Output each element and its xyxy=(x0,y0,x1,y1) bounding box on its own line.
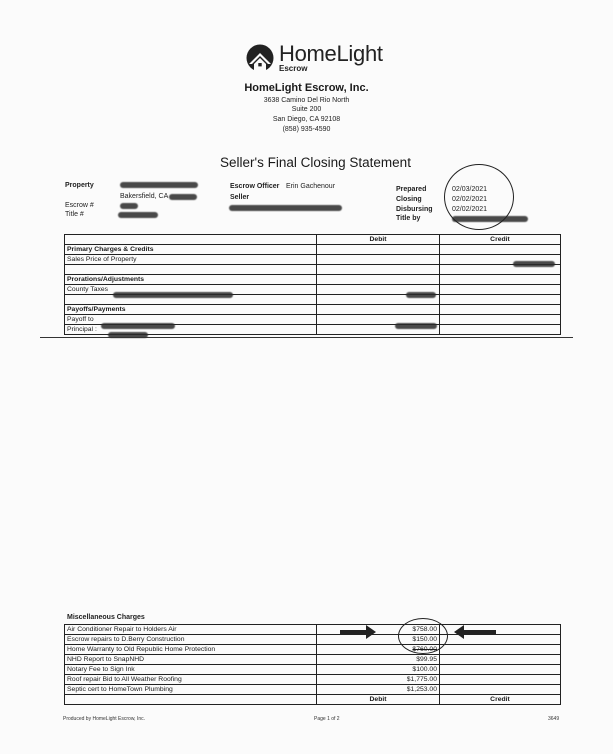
debit-header: Debit xyxy=(317,235,440,245)
footer-blank xyxy=(65,695,317,705)
charge-description: Escrow repairs to D.Berry Construction xyxy=(65,635,317,645)
produced-by: Produced by HomeLight Escrow, Inc. xyxy=(63,716,145,722)
charge-description: Roof repair Bid to All Weather Roofing xyxy=(65,675,317,685)
table-row: Primary Charges & Credits xyxy=(65,245,561,255)
charge-credit xyxy=(440,675,561,685)
table-row: Payoffs/Payments xyxy=(65,305,561,315)
table-row: Home Warranty to Old Republic Home Prote… xyxy=(65,645,561,655)
redacted-title-number xyxy=(118,212,158,218)
property-label: Property xyxy=(65,182,94,189)
debit-cell xyxy=(317,255,440,265)
charge-credit xyxy=(440,665,561,675)
charge-debit: $100.00 xyxy=(317,665,440,675)
charge-debit: $1,775.00 xyxy=(317,675,440,685)
section-heading: Payoffs/Payments xyxy=(65,305,317,315)
escrow-officer-name: Erin Gachenour xyxy=(286,183,335,190)
logo-subtitle: Escrow xyxy=(279,64,307,73)
credit-cell xyxy=(440,315,561,325)
redacted-payoff-lender xyxy=(101,323,175,329)
charge-debit: $99.95 xyxy=(317,655,440,665)
hand-drawn-circle-amounts xyxy=(398,618,448,654)
table-footer-row: DebitCredit xyxy=(65,695,561,705)
address-line-1: 3638 Camino Del Rio North xyxy=(0,97,613,104)
section-heading: Prorations/Adjustments xyxy=(65,275,317,285)
redacted-property-address xyxy=(120,182,198,188)
credit-cell xyxy=(440,295,561,305)
credit-cell xyxy=(440,285,561,295)
redacted-county-taxes-amount xyxy=(406,292,436,298)
charge-debit: $1,253.00 xyxy=(317,685,440,695)
prepared-label: Prepared xyxy=(396,186,426,193)
title-by-label: Title by xyxy=(396,215,420,222)
page-fold-line xyxy=(40,337,573,338)
house-logo-icon xyxy=(246,44,274,72)
table-row: Septic cert to HomeTown Plumbing$1,253.0… xyxy=(65,685,561,695)
credit-cell xyxy=(440,275,561,285)
credit-footer: Credit xyxy=(440,695,561,705)
charge-description: Air Conditioner Repair to Holders Air xyxy=(65,625,317,635)
document-title: Seller's Final Closing Statement xyxy=(0,155,613,170)
table-row: Escrow repairs to D.Berry Construction$1… xyxy=(65,635,561,645)
table-row: Sales Price of Property xyxy=(65,255,561,265)
debit-cell xyxy=(317,245,440,255)
address-line-2: Suite 200 xyxy=(0,106,613,113)
charges-table: Debit Credit Primary Charges & CreditsSa… xyxy=(64,234,561,335)
debit-cell xyxy=(317,265,440,275)
phone-number: (858) 935-4590 xyxy=(0,126,613,133)
description-header xyxy=(65,235,317,245)
table-row: NHD Report to SnapNHD$99.95 xyxy=(65,655,561,665)
credit-cell xyxy=(440,305,561,315)
redacted-sales-price xyxy=(513,261,555,267)
charge-description: Notary Fee to Sign Ink xyxy=(65,665,317,675)
charge-credit xyxy=(440,645,561,655)
misc-charges-heading: Miscellaneous Charges xyxy=(67,614,145,621)
credit-cell xyxy=(440,245,561,255)
arrow-head-right-icon xyxy=(366,625,376,639)
row-label: Sales Price of Property xyxy=(65,255,317,265)
redacted-seller-names xyxy=(229,205,342,211)
debit-footer: Debit xyxy=(317,695,440,705)
table-row: Roof repair Bid to All Weather Roofing$1… xyxy=(65,675,561,685)
debit-cell xyxy=(317,305,440,315)
section-heading: Primary Charges & Credits xyxy=(65,245,317,255)
property-city: Bakersfield, CA xyxy=(120,193,168,200)
page-number: Page 1 of 2 xyxy=(314,716,340,722)
row-label xyxy=(65,265,317,275)
table-row: Prorations/Adjustments xyxy=(65,275,561,285)
escrow-officer-label: Escrow Officer xyxy=(230,183,279,190)
redacted-escrow-number xyxy=(120,203,138,209)
hand-drawn-circle xyxy=(444,164,514,230)
redacted-payoff-amount xyxy=(395,323,437,329)
table-row xyxy=(65,265,561,275)
charge-credit xyxy=(440,655,561,665)
charge-description: NHD Report to SnapNHD xyxy=(65,655,317,665)
company-logo: HomeLight Escrow xyxy=(246,44,386,76)
title-number-label: Title # xyxy=(65,211,84,218)
closing-label: Closing xyxy=(396,196,422,203)
disbursing-label: Disbursing xyxy=(396,206,433,213)
credit-header: Credit xyxy=(440,235,561,245)
redacted-zip xyxy=(169,194,197,200)
table-row: Notary Fee to Sign Ink$100.00 xyxy=(65,665,561,675)
table-header-row: Debit Credit xyxy=(65,235,561,245)
debit-cell xyxy=(317,275,440,285)
document-code: 3649 xyxy=(548,716,559,722)
seller-label: Seller xyxy=(230,194,249,201)
hand-drawn-arrow-right xyxy=(340,630,368,635)
misc-charges-table: Air Conditioner Repair to Holders Air$75… xyxy=(64,624,561,705)
credit-cell xyxy=(440,325,561,335)
charge-description: Home Warranty to Old Republic Home Prote… xyxy=(65,645,317,655)
redacted-county-taxes-detail xyxy=(113,292,233,298)
arrow-head-left-icon xyxy=(454,625,464,639)
escrow-number-label: Escrow # xyxy=(65,202,94,209)
address-line-3: San Diego, CA 92108 xyxy=(0,116,613,123)
charge-credit xyxy=(440,685,561,695)
hand-drawn-arrow-left xyxy=(464,630,496,635)
charge-description: Septic cert to HomeTown Plumbing xyxy=(65,685,317,695)
company-name: HomeLight Escrow, Inc. xyxy=(0,82,613,94)
